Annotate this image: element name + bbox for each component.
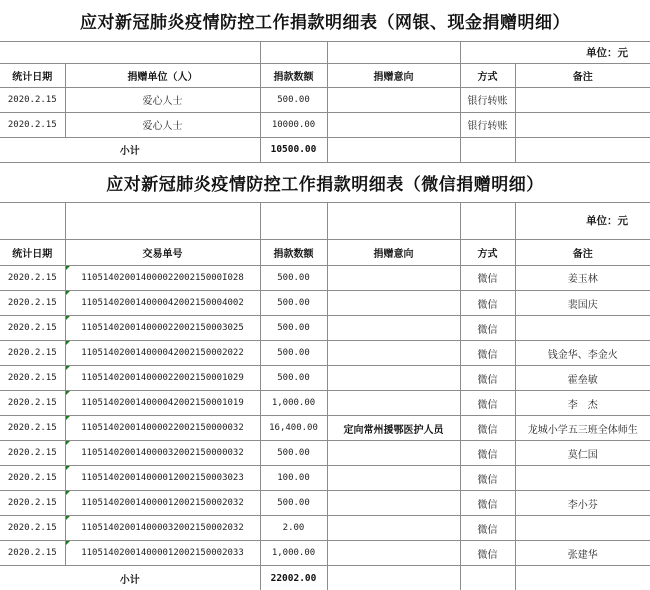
amount-cell[interactable]: 500.00	[260, 316, 327, 341]
date-cell[interactable]: 2020.2.15	[0, 541, 65, 566]
unit-label: 单位：元	[515, 202, 650, 239]
donation-sheet: 应对新冠肺炎疫情防控工作捐款明细表（网银、现金捐赠明细） 单位：元 统计日期 捐…	[0, 0, 650, 266]
amount-cell[interactable]: 1,000.00	[260, 391, 327, 416]
method-cell[interactable]: 微信	[460, 466, 515, 491]
empty-cell[interactable]	[327, 41, 460, 63]
note-cell[interactable]: 龙城小学五三班全体师生	[515, 416, 650, 441]
intent-cell[interactable]	[327, 391, 460, 416]
header-intent: 捐赠意向	[327, 239, 460, 265]
empty-cell[interactable]	[515, 566, 650, 590]
empty-cell[interactable]	[0, 41, 260, 63]
method-cell[interactable]: 微信	[460, 391, 515, 416]
table-row: 2020.2.151105140200140000220021500010295…	[0, 366, 650, 391]
empty-cell[interactable]	[65, 202, 260, 239]
note-cell[interactable]: 李小芬	[515, 491, 650, 516]
note-cell[interactable]	[515, 466, 650, 491]
subtotal-value[interactable]: 10500.00	[260, 137, 327, 162]
note-cell[interactable]: 霍垒敏	[515, 366, 650, 391]
table-row: 2020.2.15 爱心人士 500.00 银行转账	[0, 87, 650, 112]
header-amount: 捐款数额	[260, 63, 327, 87]
amount-cell[interactable]: 500.00	[260, 87, 327, 112]
header-amount: 捐款数额	[260, 239, 327, 265]
amount-cell[interactable]: 500.00	[260, 441, 327, 466]
intent-cell[interactable]	[327, 316, 460, 341]
amount-cell[interactable]: 500.00	[260, 491, 327, 516]
header-method: 方式	[460, 239, 515, 265]
transaction-id-cell[interactable]: 110514020014000032002150002032	[65, 516, 260, 541]
method-cell[interactable]: 微信	[460, 341, 515, 366]
transaction-id-cell[interactable]: 110514020014000042002150004002	[65, 291, 260, 316]
transaction-id-cell[interactable]: 110514020014000022002150001029	[65, 366, 260, 391]
empty-cell[interactable]	[327, 202, 460, 239]
donor-cell[interactable]: 爱心人士	[65, 87, 260, 112]
method-cell[interactable]: 银行转账	[460, 87, 515, 112]
section2-title: 应对新冠肺炎疫情防控工作捐款明细表（微信捐赠明细）	[0, 162, 650, 202]
date-cell[interactable]: 2020.2.15	[0, 416, 65, 441]
date-cell[interactable]: 2020.2.15	[0, 466, 65, 491]
method-cell[interactable]: 微信	[460, 366, 515, 391]
transaction-id-cell[interactable]: 110514020014000012002150002032	[65, 491, 260, 516]
method-cell[interactable]: 微信	[460, 416, 515, 441]
transaction-id-cell[interactable]: 110514020014000042002150002022	[65, 341, 260, 366]
amount-cell[interactable]: 1,000.00	[260, 541, 327, 566]
header-intent: 捐赠意向	[327, 63, 460, 87]
method-cell[interactable]: 银行转账	[460, 112, 515, 137]
subtotal-label: 小计	[0, 566, 260, 590]
intent-cell[interactable]	[327, 541, 460, 566]
header-note: 备注	[515, 239, 650, 265]
amount-cell[interactable]: 10000.00	[260, 112, 327, 137]
method-cell[interactable]: 微信	[460, 316, 515, 341]
note-cell[interactable]: 张建华	[515, 541, 650, 566]
section2-header-row: 统计日期 交易单号 捐款数额 捐赠意向 方式 备注	[0, 239, 650, 265]
amount-cell[interactable]: 16,400.00	[260, 416, 327, 441]
date-cell[interactable]: 2020.2.15	[0, 87, 65, 112]
transaction-id-cell[interactable]: 110514020014000012002150003023	[65, 466, 260, 491]
date-cell[interactable]: 2020.2.15	[0, 266, 65, 291]
intent-cell[interactable]: 定向常州援鄂医护人员	[327, 416, 460, 441]
subtotal-row: 小计 22002.00	[0, 566, 650, 590]
intent-cell[interactable]	[327, 441, 460, 466]
section1-title: 应对新冠肺炎疫情防控工作捐款明细表（网银、现金捐赠明细）	[0, 0, 650, 41]
header-note: 备注	[515, 63, 650, 87]
date-cell[interactable]: 2020.2.15	[0, 491, 65, 516]
table-row: 2020.2.151105140200140000420021500010191…	[0, 391, 650, 416]
transaction-id-cell[interactable]: 110514020014000012002150002033	[65, 541, 260, 566]
date-cell[interactable]: 2020.2.15	[0, 391, 65, 416]
date-cell[interactable]: 2020.2.15	[0, 341, 65, 366]
subtotal-value[interactable]: 22002.00	[260, 566, 327, 590]
transaction-id-cell[interactable]: 110514020014000042002150001019	[65, 391, 260, 416]
method-cell[interactable]: 微信	[460, 516, 515, 541]
note-cell[interactable]: 姜玉林	[515, 266, 650, 291]
table-row: 2020.2.151105140200140000420021500040025…	[0, 291, 650, 316]
empty-cell[interactable]	[260, 202, 327, 239]
table-row: 2020.2.151105140200140000220021500030255…	[0, 316, 650, 341]
empty-cell[interactable]	[460, 137, 515, 162]
table-row: 2020.2.151105140200140000420021500020225…	[0, 341, 650, 366]
intent-cell[interactable]	[327, 341, 460, 366]
intent-cell[interactable]	[327, 491, 460, 516]
empty-cell[interactable]	[0, 202, 65, 239]
intent-cell[interactable]	[327, 266, 460, 291]
table-row: 2020.2.151105140200140000220021500000321…	[0, 416, 650, 441]
empty-cell[interactable]	[460, 202, 515, 239]
table-row: 2020.2.151105140200140000120021500030231…	[0, 466, 650, 491]
header-date: 统计日期	[0, 63, 65, 87]
table-row: 2020.2.151105140200140000120021500020325…	[0, 491, 650, 516]
section1-header-row: 统计日期 捐赠单位（人） 捐款数额 捐赠意向 方式 备注	[0, 63, 650, 87]
note-cell[interactable]: 裴国庆	[515, 291, 650, 316]
date-cell[interactable]: 2020.2.15	[0, 441, 65, 466]
date-cell[interactable]: 2020.2.15	[0, 516, 65, 541]
note-cell[interactable]: 李 杰	[515, 391, 650, 416]
table-row: 2020.2.1511051402001400002200215000I0285…	[0, 266, 650, 291]
date-cell[interactable]: 2020.2.15	[0, 112, 65, 137]
header-method: 方式	[460, 63, 515, 87]
note-cell[interactable]	[515, 316, 650, 341]
method-cell[interactable]: 微信	[460, 541, 515, 566]
header-transaction-id: 交易单号	[65, 239, 260, 265]
table-row: 2020.2.15 爱心人士 10000.00 银行转账	[0, 112, 650, 137]
unit-label: 单位：元	[460, 41, 650, 63]
note-cell[interactable]	[515, 516, 650, 541]
method-cell[interactable]: 微信	[460, 491, 515, 516]
empty-cell[interactable]	[515, 137, 650, 162]
subtotal-row: 小计 10500.00	[0, 137, 650, 162]
intent-cell[interactable]	[327, 366, 460, 391]
empty-cell[interactable]	[327, 566, 460, 590]
amount-cell[interactable]: 2.00	[260, 516, 327, 541]
empty-cell[interactable]	[460, 566, 515, 590]
method-cell[interactable]: 微信	[460, 441, 515, 466]
transaction-id-cell[interactable]: 110514020014000022002150000032	[65, 416, 260, 441]
transaction-id-cell[interactable]: 110514020014000032002150000032	[65, 441, 260, 466]
date-cell[interactable]: 2020.2.15	[0, 291, 65, 316]
amount-cell[interactable]: 100.00	[260, 466, 327, 491]
intent-cell[interactable]	[327, 466, 460, 491]
transaction-id-cell[interactable]: 11051402001400002200215000I028	[65, 266, 260, 291]
subtotal-label: 小计	[0, 137, 260, 162]
empty-cell[interactable]	[327, 137, 460, 162]
intent-cell[interactable]	[327, 291, 460, 316]
amount-cell[interactable]: 500.00	[260, 291, 327, 316]
amount-cell[interactable]: 500.00	[260, 266, 327, 291]
wechat-rows: 2020.2.1511051402001400002200215000I0285…	[0, 266, 650, 590]
table-row: 2020.2.151105140200140000320021500000325…	[0, 441, 650, 466]
intent-cell[interactable]	[327, 516, 460, 541]
donor-cell[interactable]: 爱心人士	[65, 112, 260, 137]
note-cell[interactable]	[515, 112, 650, 137]
transaction-id-cell[interactable]: 110514020014000022002150003025	[65, 316, 260, 341]
method-cell[interactable]: 微信	[460, 291, 515, 316]
method-cell[interactable]: 微信	[460, 266, 515, 291]
header-donor: 捐赠单位（人）	[65, 63, 260, 87]
amount-cell[interactable]: 500.00	[260, 341, 327, 366]
note-cell[interactable]: 莫仁国	[515, 441, 650, 466]
table-row: 2020.2.151105140200140000120021500020331…	[0, 541, 650, 566]
date-cell[interactable]: 2020.2.15	[0, 316, 65, 341]
amount-cell[interactable]: 500.00	[260, 366, 327, 391]
table-row: 2020.2.151105140200140000320021500020322…	[0, 516, 650, 541]
note-cell[interactable]	[515, 87, 650, 112]
empty-cell[interactable]	[260, 41, 327, 63]
date-cell[interactable]: 2020.2.15	[0, 366, 65, 391]
intent-cell[interactable]	[327, 112, 460, 137]
note-cell[interactable]: 钱金华、李金火	[515, 341, 650, 366]
header-date: 统计日期	[0, 239, 65, 265]
intent-cell[interactable]	[327, 87, 460, 112]
